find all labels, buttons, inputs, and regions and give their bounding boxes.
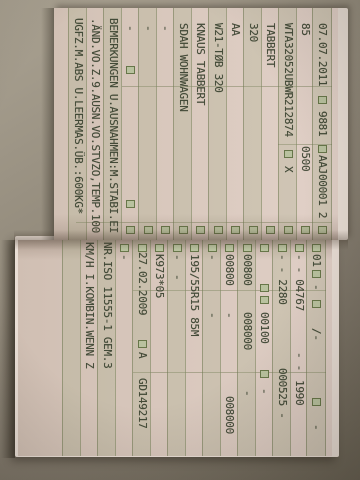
field-value: - - 04767 <box>295 254 306 311</box>
field-value: 07.07.2011 <box>317 23 328 86</box>
field-value: W21-TØB 320 <box>213 23 224 93</box>
table-row: K973*05 <box>150 240 169 456</box>
field-value: WTA32052UBWR212874 <box>283 23 294 137</box>
table-row: - - 04767- -1990 <box>290 240 309 456</box>
field-value: 000525 - <box>277 368 288 419</box>
table-row: BEMERKUNGEN U.AUSNAHMEN:M.STABI.EI <box>104 8 123 240</box>
table-row <box>63 240 82 456</box>
field-value: - - <box>295 352 306 371</box>
column-separator <box>76 222 332 223</box>
table-row: KM/H I.KOMBIN.WENN Z <box>80 240 99 456</box>
field-number-box <box>312 270 321 278</box>
field-value: - <box>207 312 218 318</box>
field-value: - <box>143 25 154 31</box>
field-number-box <box>261 370 270 378</box>
table-row: - <box>115 240 134 456</box>
field-number-box <box>138 340 147 348</box>
field-value: 195/55R15 85M <box>190 254 201 336</box>
field-value: 00800 <box>225 254 236 286</box>
table-row: 00800-008000 <box>220 240 239 456</box>
field-value: - <box>207 254 218 260</box>
field-value: X <box>283 166 294 172</box>
table-row: SDAH WOHNWAGEN <box>174 8 193 240</box>
field-value: - <box>311 284 322 290</box>
table-row: UGFZ.M.ABS U.LEERMAS.ÜB.:600KG* <box>69 8 88 240</box>
table-row: KNAUS TABBERT <box>191 8 210 240</box>
field-value: - <box>311 424 322 430</box>
field-value: A <box>137 352 148 358</box>
field-number-box <box>261 296 270 304</box>
field-value: - <box>161 25 172 31</box>
field-value: GD149217 <box>137 378 148 429</box>
field-value: - <box>172 254 183 260</box>
table-row: - <box>156 8 175 240</box>
table-row: TABBERT <box>261 8 280 240</box>
field-value: KM/H I.KOMBIN.WENN Z <box>85 242 96 368</box>
table-row: -- <box>168 240 187 456</box>
field-value: BEMERKUNGEN U.AUSNAHMEN:M.STABI.EI <box>108 18 119 233</box>
table-row: .ÄND.VO.Z.9.AUSN.VO.STVZO,TEMP.100 <box>86 8 105 240</box>
field-value: - <box>126 25 137 31</box>
field-value: SDAH WOHNWAGEN <box>178 23 189 112</box>
field-value: 85 <box>301 23 312 36</box>
field-number-box <box>261 284 270 292</box>
table-row: - - 2280000525 - <box>273 240 292 456</box>
field-value: 01 <box>311 254 322 267</box>
field-number-box <box>127 66 136 74</box>
field-value: KNAUS TABBERT <box>196 23 207 105</box>
table-row: 00100- <box>255 240 274 456</box>
field-value: - <box>242 390 253 396</box>
field-value: 008000 <box>225 396 236 434</box>
field-value: - <box>225 312 236 318</box>
field-number-box <box>318 96 327 104</box>
field-value: 320 <box>248 23 259 42</box>
table-row: - <box>139 8 158 240</box>
table-row: AA <box>226 8 245 240</box>
field-number-box <box>127 200 136 208</box>
field-value: AA <box>231 23 242 36</box>
table-row: 27.02.2009AGD149217 <box>133 240 152 456</box>
field-value: UGFZ.M.ABS U.LEERMAS.ÜB.:600KG* <box>73 18 84 214</box>
field-number-box <box>312 300 321 308</box>
table-row: 195/55R15 85M <box>185 240 204 456</box>
booklet-photo-scene: 07.07.20119881AAJ00001 2850500WTA32052UB… <box>0 0 360 480</box>
field-value: /- <box>311 328 322 341</box>
table-row: 07.07.20119881AAJ00001 2 <box>313 8 333 240</box>
table-row: NR.ISO 11555-1 GEM.3 <box>98 240 117 456</box>
field-value: 00100 <box>260 312 271 344</box>
field-number-box <box>284 150 293 158</box>
field-value: NR.ISO 11555-1 GEM.3 <box>102 242 113 368</box>
field-value: .ÄND.VO.Z.9.AUSN.VO.STVZO,TEMP.100 <box>91 18 102 233</box>
field-value: AAJ00001 2 <box>317 155 328 218</box>
table-row: -- <box>203 240 222 456</box>
field-value: 9881 <box>317 111 328 136</box>
field-value: 00800 <box>242 254 253 286</box>
field-value: - <box>260 388 271 394</box>
field-value: - - 2280 <box>277 254 288 305</box>
field-value: 008000 <box>242 312 253 350</box>
field-value: K973*05 <box>155 254 166 298</box>
table-row: 320 <box>244 8 263 240</box>
photo-of-registration-document: 07.07.20119881AAJ00001 2850500WTA32052UB… <box>0 0 360 480</box>
table-row: 850500 <box>296 8 315 240</box>
booklet-shadow-left <box>41 8 54 240</box>
registration-left-page: 07.07.20119881AAJ00001 2850500WTA32052UB… <box>54 8 338 240</box>
field-value: 27.02.2009 <box>137 252 148 315</box>
booklet-shadow-right <box>1 240 15 458</box>
table-row: 01-/-- <box>307 240 327 456</box>
field-number-box <box>312 398 321 406</box>
table-row: W21-TØB 320 <box>209 8 228 240</box>
field-value: - <box>172 274 183 280</box>
field-value: 1990 <box>295 380 306 405</box>
field-value: TABBERT <box>266 23 277 67</box>
field-number-box <box>318 145 327 153</box>
table-row: WTA32052UBWR212874X <box>279 8 298 240</box>
registration-right-page: 01-/--- - 04767- -1990- - 2280000525 -00… <box>18 240 332 456</box>
booklet-fold-crease <box>14 230 348 250</box>
field-value: - <box>120 254 131 260</box>
field-value: 0500 <box>301 146 312 171</box>
table-row: 00800008000- <box>238 240 257 456</box>
table-row: - <box>121 8 140 240</box>
